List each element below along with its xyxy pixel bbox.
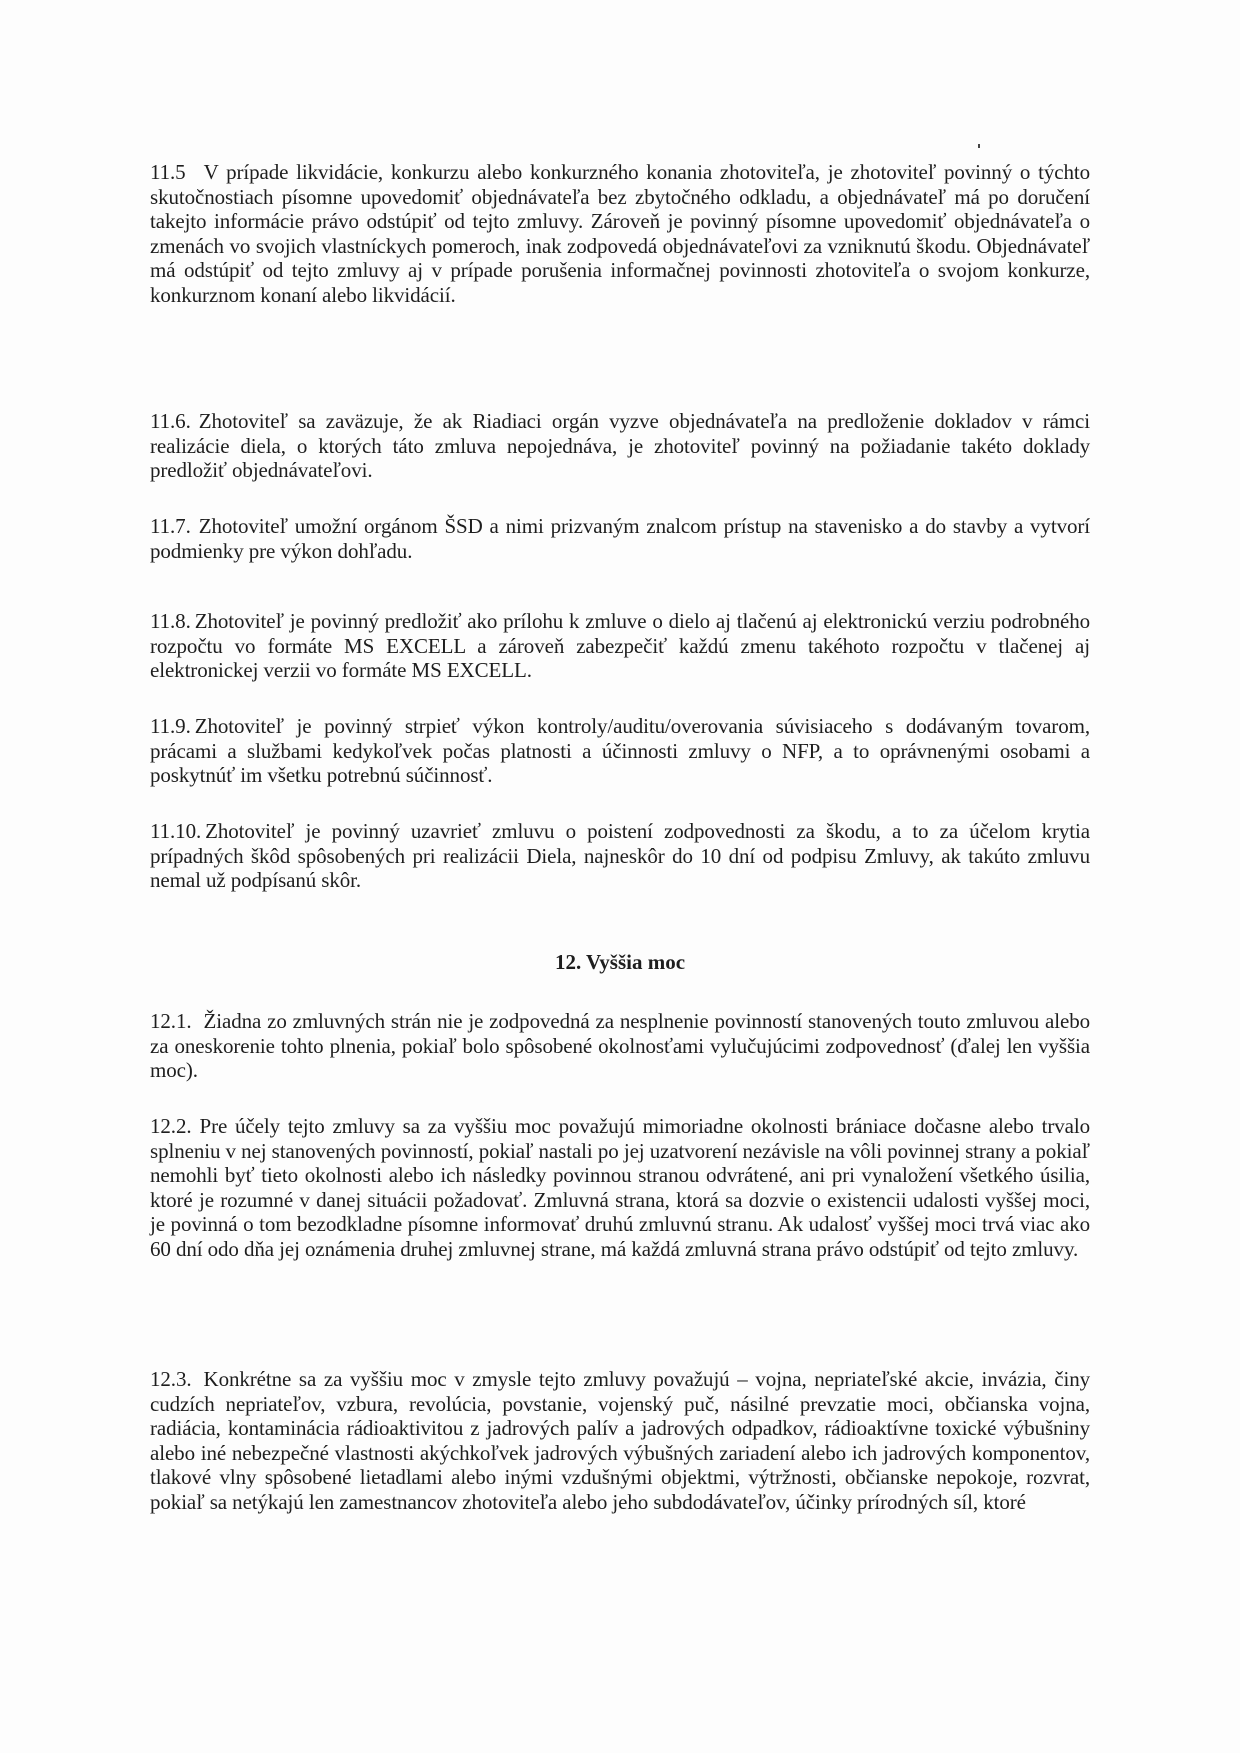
clause-text: Konkrétne sa za vyššiu moc v zmysle tejt…	[150, 1367, 1090, 1514]
clause-12-1: 12.1.Žiadna zo zmluvných strán nie je zo…	[150, 1009, 1090, 1083]
clause-number: 12.1.	[150, 1009, 192, 1033]
clause-11-8: 11.8.Zhotoviteľ je povinný predložiť ako…	[150, 609, 1090, 683]
document-page: 11.5V prípade likvidácie, konkurzu alebo…	[0, 0, 1240, 1753]
section-heading: 12. Vyššia moc	[0, 950, 1240, 975]
clause-11-10: 11.10.Zhotoviteľ je povinný uzavrieť zml…	[150, 819, 1090, 893]
clause-text: Zhotoviteľ umožní orgánom ŠSD a nimi pri…	[150, 514, 1090, 563]
clause-text: Zhotoviteľ sa zaväzuje, že ak Riadiaci o…	[150, 409, 1090, 482]
clause-text: Žiadna zo zmluvných strán nie je zodpove…	[150, 1009, 1090, 1082]
clause-11-7: 11.7.Zhotoviteľ umožní orgánom ŠSD a nim…	[150, 514, 1090, 563]
clause-number: 12.3.	[150, 1367, 192, 1391]
clause-number: 11.5	[150, 160, 186, 184]
clause-text: Zhotoviteľ je povinný strpieť výkon kont…	[150, 714, 1090, 787]
clause-number: 11.9.	[150, 714, 191, 738]
clause-number: 12.2.	[150, 1114, 192, 1138]
clause-number: 11.6.	[150, 409, 191, 433]
clause-text: Zhotoviteľ je povinný uzavrieť zmluvu o …	[150, 819, 1090, 892]
clause-number: 11.8.	[150, 609, 191, 633]
clause-12-2: 12.2.Pre účely tejto zmluvy sa za vyššiu…	[150, 1114, 1090, 1261]
clause-number: 11.10.	[150, 819, 201, 843]
clause-11-9: 11.9.Zhotoviteľ je povinný strpieť výkon…	[150, 714, 1090, 788]
clause-text: Pre účely tejto zmluvy sa za vyššiu moc …	[150, 1114, 1090, 1261]
clause-11-5: 11.5V prípade likvidácie, konkurzu alebo…	[150, 160, 1090, 307]
clause-12-3: 12.3.Konkrétne sa za vyššiu moc v zmysle…	[150, 1367, 1090, 1514]
clause-text: V prípade likvidácie, konkurzu alebo kon…	[150, 160, 1090, 307]
clause-11-6: 11.6.Zhotoviteľ sa zaväzuje, že ak Riadi…	[150, 409, 1090, 483]
clause-number: 11.7.	[150, 514, 191, 538]
scan-speck	[978, 144, 980, 148]
clause-text: Zhotoviteľ je povinný predložiť ako príl…	[150, 609, 1090, 682]
